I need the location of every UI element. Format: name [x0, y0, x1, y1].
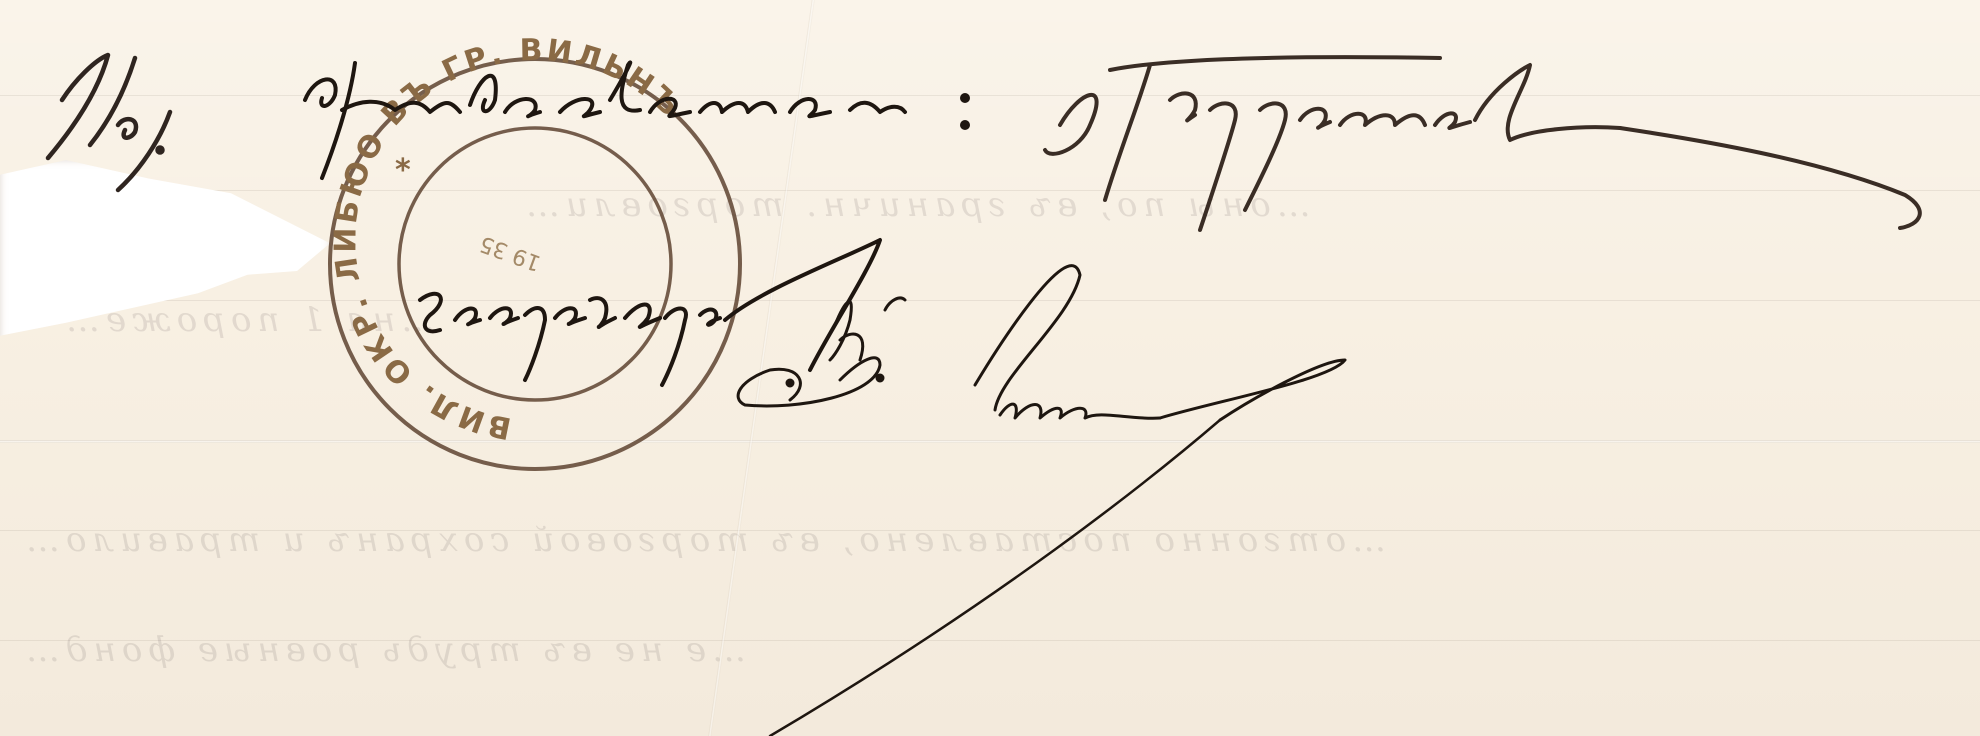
- signed-abbrev-handwriting: [48, 55, 170, 190]
- document-page: …оны по, въ граничн. торговли… …на 1 пор…: [0, 0, 1980, 736]
- chairman-label-handwriting: [305, 62, 968, 178]
- chairman-signature: [1045, 57, 1920, 230]
- handwriting-layer: [0, 0, 1980, 736]
- secretary-label-handwriting: [420, 240, 880, 385]
